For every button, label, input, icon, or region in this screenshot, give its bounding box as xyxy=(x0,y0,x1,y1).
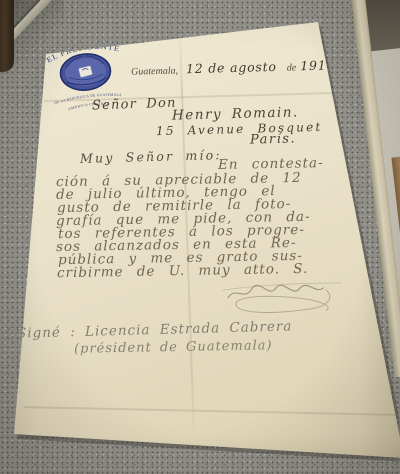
dateline-printed-place: Guatemala, xyxy=(131,65,178,77)
address-line-1: Señor Don xyxy=(92,96,177,114)
dateline-handwritten-date: 12 de agosto xyxy=(186,59,277,76)
dateline-printed-de: de xyxy=(287,62,297,73)
photo-scene: EL PRESIDENTE DE LA REPUBLICA DE GUATEMA… xyxy=(0,0,400,474)
dark-corner-object xyxy=(0,0,14,72)
address-line-4: París. xyxy=(250,131,296,147)
signature-flourish-icon xyxy=(221,274,347,323)
